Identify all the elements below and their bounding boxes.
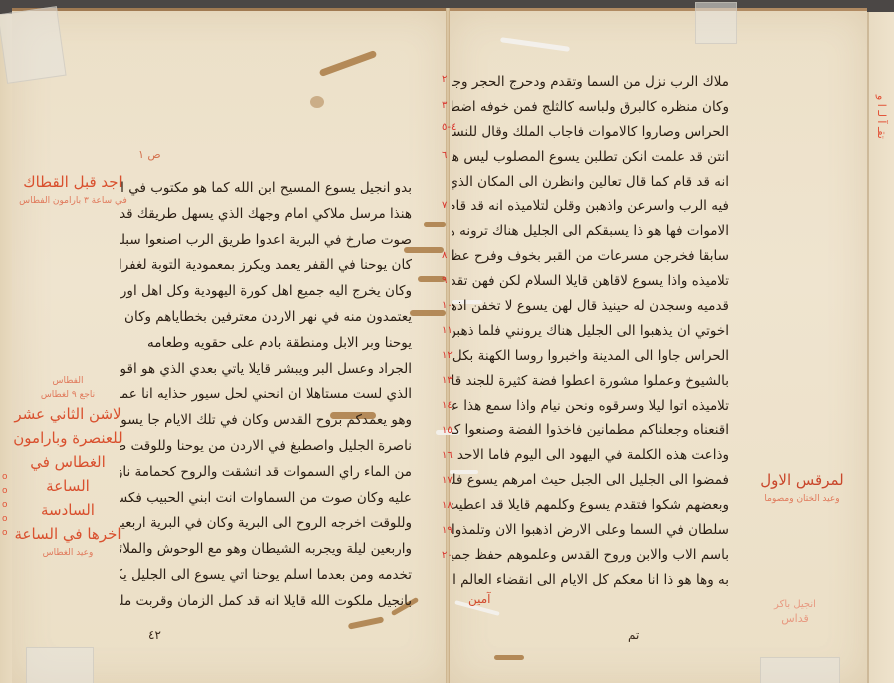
right-catchword: تم	[628, 628, 639, 642]
text-line: وللوقت اخرجه الروح الى البرية وكان في ال…	[120, 511, 412, 537]
text-line: به وها هو ذا انا معكم كل الايام الى انقض…	[452, 568, 729, 593]
text-line: بالشيوخ وعملوا مشورة اعطوا فضة كثيرة للج…	[452, 369, 729, 394]
verse-number: ٨	[442, 250, 447, 261]
left-catchword: ٤٢	[148, 628, 161, 642]
text-line: ناصرة الجليل واصطبغ في الاردن من يوحنا و…	[120, 434, 412, 460]
margin-note-line: وعيد الختان ومصوما	[752, 492, 852, 506]
text-line: الاموات فها هو ذا يسبقكم الى الجليل هناك…	[452, 219, 729, 244]
left-page-text: بدو انجيل يسوع المسيح ابن الله كما هو مك…	[120, 176, 412, 615]
text-line: انه قد قام كما قال تعالين وانظرن الى الم…	[452, 170, 729, 195]
verse-number: ١٣	[442, 375, 453, 386]
text-line: كان يوحنا في القفر يعمد ويكرز بمعمودية ا…	[120, 253, 412, 279]
margin-note-line: السادسة	[12, 498, 124, 522]
text-line: وهو يعمدكم بروح القدس وكان في تلك الايام…	[120, 408, 412, 434]
verse-number: ١١	[442, 325, 453, 336]
text-line: فمضوا الى الجليل الى الجبل حيث امرهم يسو…	[452, 468, 729, 493]
text-line: اقنعناه وجعلناكم مطمانين فاخذوا الفضة وص…	[452, 418, 729, 443]
text-line: يوحنا وبر الابل ومنطقة بادم على حقويه وط…	[120, 331, 412, 357]
margin-note-line: انجيل باكر	[760, 598, 830, 612]
stain-gutter-1	[424, 222, 446, 227]
verse-number: ١٦	[442, 450, 453, 461]
verse-number: ١٧	[442, 475, 453, 486]
margin-note-line: ناجع ٩ لغطاس	[12, 388, 124, 402]
verse-number: ٢٠	[442, 550, 453, 561]
stain-gutter-4	[410, 310, 446, 316]
margin-note-left-top: اجد قبل القطاك في ساعة ٣ بارامون الفطاس	[18, 170, 128, 208]
margin-note-line: في ساعة ٣ بارامون الفطاس	[18, 194, 128, 208]
text-line: تلاميذه اتوا ليلا وسرقوه ونحن نيام واذا …	[452, 394, 729, 419]
text-line: سابقا فخرجن مسرعات من القبر بخوف وفرح عظ…	[452, 244, 729, 269]
text-line: فيه الرب واسرعن واذهبن وقلن لتلاميذه انه…	[452, 194, 729, 219]
margin-note-line: اخرها في الساعة	[12, 522, 124, 546]
left-edge-red-marks: ooooo	[2, 470, 12, 540]
end-word-amen: آمين	[468, 592, 491, 606]
text-line: من الماء راي السموات قد انشقت والروح كحم…	[120, 460, 412, 486]
right-page-text: ملاك الرب نزل من السما وتقدم ودحرج الحجر…	[452, 70, 729, 593]
text-line: الجراد وعسل البر ويبشر قايلا ياتي بعدي ا…	[120, 357, 412, 383]
text-line: اخوتي ان يذهبوا الى الجليل هناك يرونني ف…	[452, 319, 729, 344]
text-line: وكان منظره كالبرق ولباسه كالثلج فمن خوفه…	[452, 95, 729, 120]
margin-note-line: وعيد الغطاس	[12, 546, 124, 560]
text-line: واربعين ليلة ويجربه الشيطان وهو مع الوحو…	[120, 537, 412, 563]
margin-note-line: اجد قبل القطاك	[18, 170, 128, 194]
tape-top-center	[695, 2, 737, 44]
verse-number: ٩	[442, 275, 447, 286]
verse-number: ١٢	[442, 350, 453, 361]
text-line: الحراس جاوا الى المدينة واخبروا روسا الك…	[452, 344, 729, 369]
text-line: يعتمدون منه في نهر الاردن معترفين بخطايا…	[120, 305, 412, 331]
margin-note-line: الفطاس	[12, 374, 124, 388]
tape-bottom-left	[26, 647, 94, 683]
text-line: قدميه وسجدن له حينيذ قال لهن يسوع لا تخف…	[452, 294, 729, 319]
margin-note-line: قداس	[760, 612, 830, 626]
verse-number: ١٤	[442, 400, 453, 411]
verse-number: ٤-٥	[442, 122, 456, 133]
manuscript-spread: ص ١ اجد قبل القطاك في ساعة ٣ بارامون الف…	[0, 0, 894, 683]
verse-number: ٢	[442, 74, 447, 85]
text-line: انتن قد علمت انكن تطلبن يسوع المصلوب ليس…	[452, 145, 729, 170]
text-line: هنذا مرسل ملاكي امام وجهك الذي يسهل طريق…	[120, 202, 412, 228]
text-line: الحراس وصاروا كالاموات فاجاب الملك وقال …	[452, 120, 729, 145]
verse-number: ٧	[442, 200, 447, 211]
margin-note-line: الغطاس في الساعة	[12, 450, 124, 498]
tape-top-left	[0, 6, 67, 84]
text-line: سلطان في السما وعلى الارض اذهبوا الان وت…	[452, 518, 729, 543]
tape-bottom-right	[760, 657, 840, 683]
text-line: وذاعت هذه الكلمة في اليهود الى اليوم فام…	[452, 443, 729, 468]
text-line: وبعضهم شكوا فتقدم يسوع وكلمهم قايلا قد ا…	[452, 493, 729, 518]
margin-note-right-bottom: انجيل باكر قداس	[760, 598, 830, 626]
text-line: تلاميذه واذا يسوع لاقاهن قايلا السلام لك…	[452, 269, 729, 294]
margin-note-line: لاشن الثاني عشر	[12, 402, 124, 426]
stain-spot	[310, 96, 324, 108]
margin-note-line: لمرقس الاول	[752, 468, 852, 492]
text-line: باسم الاب والابن وروح القدس وعلموهم حفظ …	[452, 543, 729, 568]
verse-number: ١٥	[442, 425, 453, 436]
text-line: تخدمه ومن بعدما اسلم يوحنا اتي يسوع الى …	[120, 563, 412, 589]
text-line: ملاك الرب نزل من السما وتقدم ودحرج الحجر…	[452, 70, 729, 95]
verse-number: ٦	[442, 150, 447, 161]
right-edge-red-marks: تقـ آ لـ ا و	[880, 95, 892, 139]
margin-note-left-middle: الفطاس ناجع ٩ لغطاس لاشن الثاني عشر للعن…	[12, 374, 124, 560]
verse-number: ٣	[442, 100, 447, 111]
text-line: بانجيل ملكوت الله قايلا انه قد كمل الزما…	[120, 589, 412, 615]
text-line: عليه وكان صوت من السماوات انت ابني الحبي…	[120, 486, 412, 512]
verse-number: ١٩	[442, 525, 453, 536]
text-line: وكان يخرج اليه جميع اهل كورة اليهودية وك…	[120, 279, 412, 305]
margin-note-line: للعنصرة وبارامون	[12, 426, 124, 450]
verse-number: ١٨	[442, 500, 453, 511]
verse-number: ١٠	[442, 300, 453, 311]
text-line: الذي لست مستاهلا ان انحني لحل سيور حذايه…	[120, 382, 412, 408]
margin-note-right-middle: لمرقس الاول وعيد الختان ومصوما	[752, 468, 852, 506]
folio-marker: ص ١	[138, 148, 161, 161]
stain-bottom-right	[494, 655, 524, 660]
text-line: صوت صارخ في البرية اعدوا طريق الرب اصنعو…	[120, 228, 412, 254]
text-line: بدو انجيل يسوع المسيح ابن الله كما هو مك…	[120, 176, 412, 202]
